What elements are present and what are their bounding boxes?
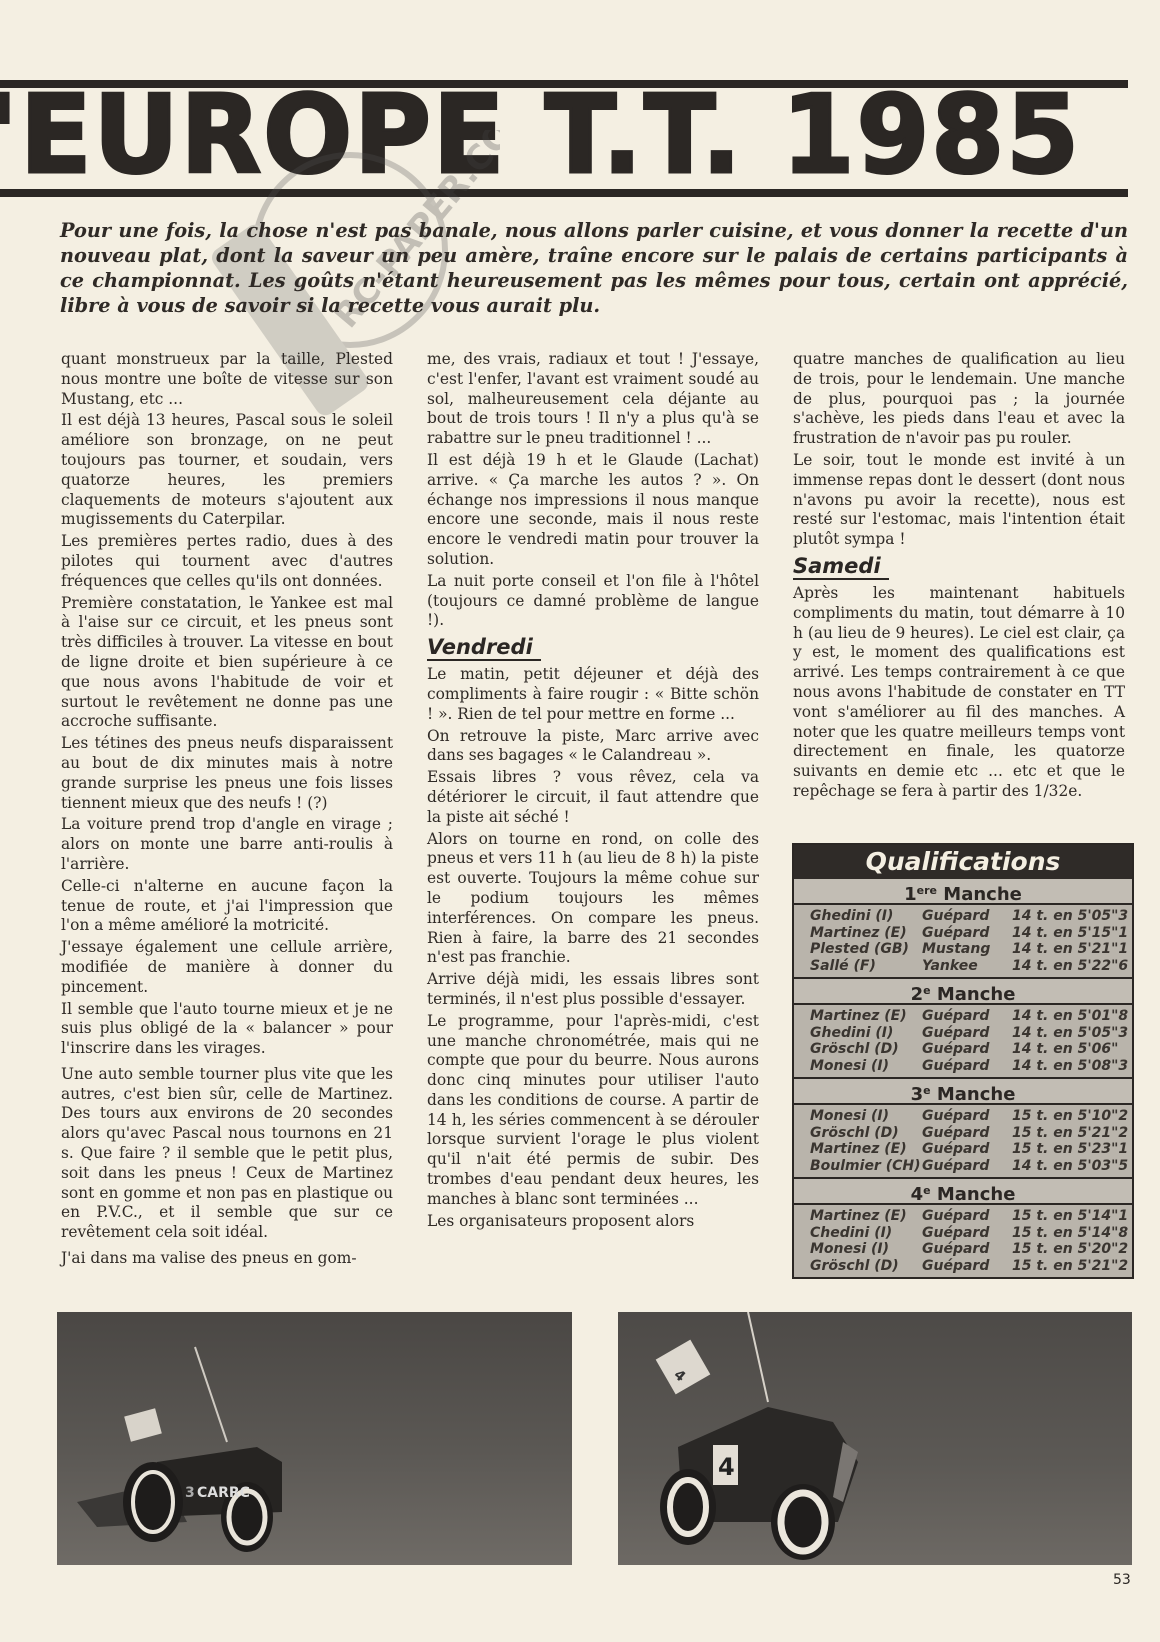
table-row: Monesi (I)Guépard15 t. en 5'20"2 (794, 1241, 1132, 1258)
paragraph: La nuit porte conseil et l'on file à l'h… (427, 572, 759, 631)
paragraph: Arrive déjà midi, les essais libres sont… (427, 970, 759, 1010)
table-row: Chedini (I)Guépard15 t. en 5'14"8 (794, 1225, 1132, 1242)
paragraph: Une auto semble tourner plus vite que le… (61, 1065, 393, 1243)
car-number: 3 (185, 1485, 195, 1501)
paragraph: Alors on tourne en rond, on colle des pn… (427, 830, 759, 969)
manche-2-results: Martinez (E)Guépard14 t. en 5'01"8 Ghedi… (794, 1005, 1132, 1077)
paragraph: quatre manches de qualification au lieu … (793, 350, 1125, 449)
manche-1-heading: 1ere Manche (794, 879, 1132, 905)
table-row: Ghedini (I)Guépard14 t. en 5'05"3 (794, 1025, 1132, 1042)
paragraph: me, des vrais, radiaux et tout ! J'essay… (427, 350, 759, 449)
paragraph: La voiture prend trop d'angle en virage … (61, 815, 393, 874)
table-row: Martinez (E)Guépard15 t. en 5'23"1 (794, 1141, 1132, 1158)
paragraph: Après les maintenant habituels complimen… (793, 584, 1125, 802)
article-column-3: quatre manches de qualification au lieu … (793, 350, 1125, 804)
table-row: Plested (GB)Mustang14 t. en 5'21"1 (794, 941, 1132, 958)
paragraph: Le matin, petit déjeuner et déjà des com… (427, 665, 759, 724)
paragraph: Les premières pertes radio, dues à des p… (61, 532, 393, 591)
table-row: Ghedini (I)Guépard14 t. en 5'05"3 (794, 908, 1132, 925)
table-row: Monesi (I)Guépard15 t. en 5'10"2 (794, 1108, 1132, 1125)
table-row: Monesi (I)Guépard14 t. en 5'08"3 (794, 1058, 1132, 1075)
table-row: Gröschl (D)Guépard14 t. en 5'06" (794, 1041, 1132, 1058)
paragraph: Celle-ci n'alterne en aucune façon la te… (61, 877, 393, 936)
photo-rc-car-right: 4 4 (618, 1312, 1132, 1565)
table-row: Boulmier (CH)Guépard14 t. en 5'03"5 (794, 1158, 1132, 1175)
paragraph: Première constatation, le Yankee est mal… (61, 594, 393, 733)
rc-buggy-right-image: 4 4 (618, 1312, 1132, 1565)
manche-4-results: Martinez (E)Guépard15 t. en 5'14"1 Chedi… (794, 1205, 1132, 1277)
paragraph: Le soir, tout le monde est invité à un i… (793, 451, 1125, 550)
paragraph: Il semble que l'auto tourne mieux et je … (61, 1000, 393, 1059)
page-number: 53 (1113, 1572, 1131, 1588)
paragraph: Il est déjà 13 heures, Pascal sous le so… (61, 411, 393, 530)
qualifications-title: Qualifications (794, 845, 1132, 879)
paragraph: Essais libres ? vous rêvez, cela va dété… (427, 768, 759, 827)
section-heading-vendredi: Vendredi (427, 635, 541, 661)
car-number: 4 (718, 1453, 735, 1481)
article-column-2: me, des vrais, radiaux et tout ! J'essay… (427, 350, 759, 1233)
paragraph: On retrouve la piste, Marc arrive avec d… (427, 727, 759, 767)
header-rule-bottom (0, 189, 1128, 197)
paragraph: J'essaye également une cellule arrière, … (61, 938, 393, 997)
table-row: Martinez (E)Guépard15 t. en 5'14"1 (794, 1208, 1132, 1225)
table-row: Sallé (F)Yankee14 t. en 5'22"6 (794, 958, 1132, 975)
qualifications-table: Qualifications 1ere Manche Ghedini (I)Gu… (792, 843, 1134, 1279)
paragraph: Les tétines des pneus neufs disparaissen… (61, 734, 393, 813)
table-row: Martinez (E)Guépard14 t. en 5'15"1 (794, 925, 1132, 942)
paragraph: Il est déjà 19 h et le Glaude (Lachat) a… (427, 451, 759, 570)
manche-2-heading: 2e Manche (794, 977, 1132, 1005)
manche-4-heading: 4e Manche (794, 1177, 1132, 1205)
article-column-1: quant monstrueux par la taille, Plested … (61, 350, 393, 1271)
photo-rc-car-left: CARRC 3 (57, 1312, 572, 1565)
page-title: 'EUROPE T.T. 1985 (0, 78, 1097, 193)
paragraph: Les organisateurs proposent alors (427, 1212, 759, 1232)
manche-1-results: Ghedini (I)Guépard14 t. en 5'05"3 Martin… (794, 905, 1132, 977)
table-row: Martinez (E)Guépard14 t. en 5'01"8 (794, 1008, 1132, 1025)
lead-paragraph: Pour une fois, la chose n'est pas banale… (60, 218, 1128, 318)
manche-3-heading: 3e Manche (794, 1077, 1132, 1105)
rc-buggy-left-image: CARRC 3 (57, 1312, 572, 1565)
paragraph: quant monstrueux par la taille, Plested … (61, 350, 393, 409)
section-heading-samedi: Samedi (793, 554, 889, 580)
paragraph: Le programme, pour l'après-midi, c'est u… (427, 1012, 759, 1210)
car-body-text: CARRC (197, 1485, 250, 1501)
table-row: Gröschl (D)Guépard15 t. en 5'21"2 (794, 1125, 1132, 1142)
table-row: Gröschl (D)Guépard15 t. en 5'21"2 (794, 1258, 1132, 1275)
manche-3-results: Monesi (I)Guépard15 t. en 5'10"2 Gröschl… (794, 1105, 1132, 1177)
paragraph: J'ai dans ma valise des pneus en gom- (61, 1249, 393, 1269)
